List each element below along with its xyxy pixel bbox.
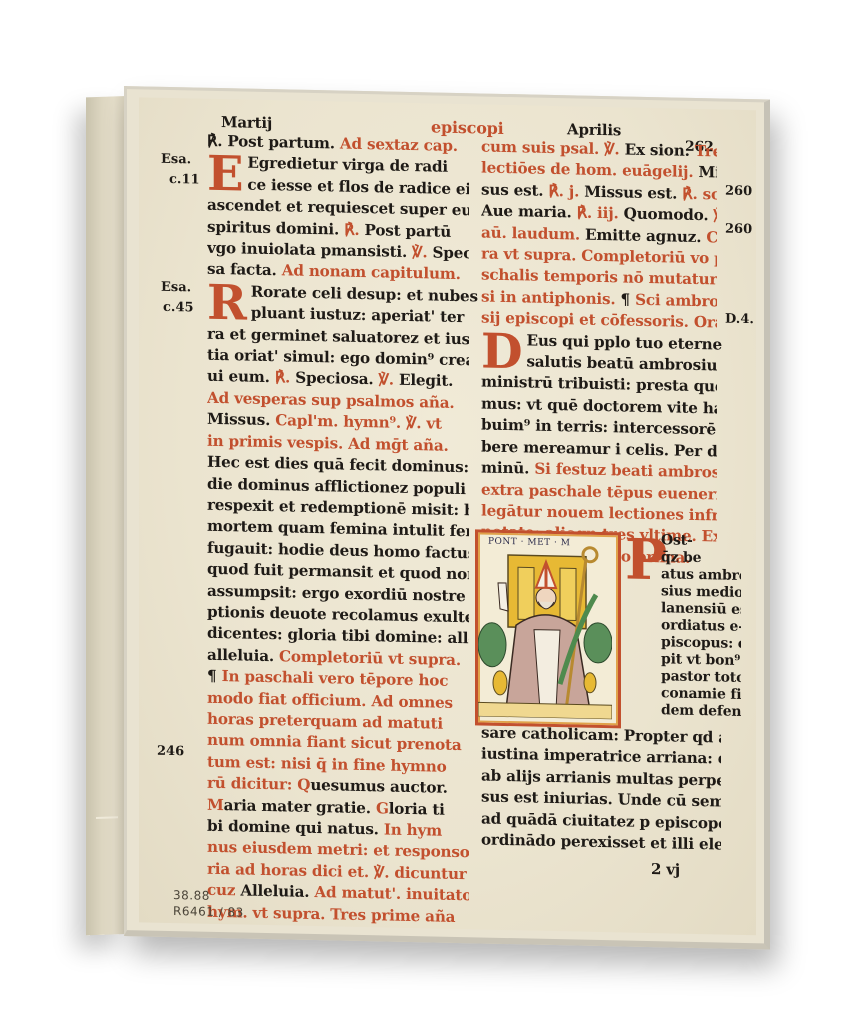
rubric-text: si in antiphonis. (481, 287, 621, 308)
rubric-text: Tres (695, 142, 717, 161)
body-text: ui eum. (207, 367, 275, 386)
rubric-text: horas preterquam ad matuti (207, 710, 443, 733)
body-text: ministrū tribuisti: presta quesu (481, 373, 717, 396)
running-head-right: Aprilis (567, 120, 621, 139)
body-text: ce iesse et flos de radice ei⁹ (247, 175, 469, 198)
body-text: Mis (699, 163, 717, 182)
body-text: vgo inuiolata pmansisti. (207, 239, 412, 261)
text-line: RRorate celi desup: et nubes (207, 281, 469, 308)
body-text: Missus est. (579, 182, 682, 202)
body-text: tia oriat' simul: ego domin⁹ crea (207, 346, 469, 370)
rubric-text: in primis vespis. Ad mḡt aña. (207, 431, 449, 454)
text-line: pit vt bon⁹ (661, 651, 741, 670)
rubric-text: Si festuz beati ambrosij (534, 460, 717, 482)
initial-letter-red: E (207, 154, 243, 195)
running-head-left: Martij (221, 113, 272, 132)
margin-ref-d4: D.4. (725, 312, 754, 328)
rubric-text: Ad matut'. inuitato. (309, 883, 469, 905)
rubric-text: nus eiusdem metri: et responso (207, 838, 469, 862)
rubric-text: G (376, 799, 389, 817)
body-text: Hec est dies quā fecit dominus: Ho (207, 453, 469, 477)
text-line: EEgredietur virga de radi (207, 152, 469, 179)
rubric-text: ℟. j. (548, 182, 579, 201)
woodcut-inscription: PONT · MET · M (488, 537, 570, 549)
body-text: ¶ (207, 667, 222, 685)
rubric-text: hym. vt supra. Tres prime aña (207, 902, 455, 925)
body-text: Speciosa. (290, 369, 378, 389)
text-line: piscopus: ce (661, 634, 741, 653)
body-text: minū. (481, 459, 534, 478)
rubric-text: M (207, 795, 224, 813)
rubric-text: ℣. (714, 207, 717, 225)
text-beside-woodcut: Ost-q̄z beatus ambrosius medio-lanensiū … (661, 532, 741, 721)
body-text: Quomodo. (619, 205, 714, 225)
rubric-text: extra paschale tēpus euenerit: (481, 480, 717, 503)
accession-number-line1: 38.88 (173, 888, 210, 903)
rubric-text: ℟. scdz. (682, 185, 717, 204)
canvas-side-edge (86, 96, 126, 935)
canvas-front-face: Martij episcopi Aprilis 262 Esa. c.11 Es… (124, 86, 770, 950)
text-line: q̄z be (661, 549, 741, 568)
text-line: lanensiū est (661, 600, 741, 619)
body-text: Ex sion. (619, 140, 694, 160)
body-text: Eus qui pplo tuo eterne (526, 331, 722, 353)
margin-ref-260-a: 260 (725, 184, 752, 200)
canvas-print-scene: Martij episcopi Aprilis 262 Esa. c.11 Es… (0, 0, 864, 1024)
body-text: pluant iustuz: aperiat' ter (251, 304, 465, 326)
body-text: mus: vt quē doctorem vite ha (481, 394, 717, 417)
canvas-fold-mark (96, 816, 118, 819)
rubric-text: rū dicitur: Q (207, 774, 310, 794)
left-text-column: ℟. Post partum. Ad sextaz cap.EEgredietu… (207, 131, 469, 929)
body-text: uesumus auctor. (310, 776, 447, 797)
rubric-text: cum suis psal. (481, 137, 604, 158)
body-text: sa facta. (207, 260, 282, 280)
body-text: Aue maria. (481, 202, 577, 222)
rubric-text: ℣. (604, 140, 619, 158)
rubric-text: num omnia fiant sicut prenota (207, 731, 462, 754)
text-line: Ost- (661, 532, 741, 551)
rubric-text: ℟. (344, 220, 359, 238)
body-text: Egredietur virga de radi (247, 154, 448, 176)
text-line: ordiatus e- (661, 617, 741, 636)
body-text: ra et germinet saluatorez et iusti (207, 324, 469, 348)
rubric-text: aū. laudum. (481, 223, 585, 243)
body-text: Rorate celi desup: et nubes (251, 282, 478, 305)
rubric-text: Capl'm. hymn⁹. ℣. vt (275, 411, 442, 432)
rubric-text: ria ad horas dici et. ℣. dicuntur (207, 860, 467, 883)
rubric-text: Ad nonam capitulum. (282, 262, 461, 284)
rubric-text: ℟. (275, 369, 290, 387)
rubric-text: ℟. iij. (577, 204, 619, 223)
body-text: ascendet et requiescet super euz (207, 196, 469, 220)
margin-ref-chapter-2: c.45 (163, 300, 194, 316)
body-text: bere mereamur i celis. Per do (481, 437, 717, 460)
initial-letter-red: R (207, 283, 247, 324)
body-text: spiritus domini. (207, 217, 344, 238)
body-text: Post partū (359, 221, 451, 241)
body-text: ℟. Post partum. (207, 132, 335, 153)
rubric-text: Ad sextaz cap. (335, 134, 458, 155)
text-line: conamie fi- (661, 685, 741, 704)
accession-number-line2: R6461 / 83 (173, 904, 244, 919)
rubric-text: schalis temporis nō mutatur ni (481, 266, 717, 289)
body-text: sus est. (481, 180, 548, 199)
margin-ref-260-b: 260 (725, 222, 752, 238)
text-line: DEus qui pplo tuo eterne (481, 329, 717, 355)
right-text-column: cum suis psal. ℣. Ex sion. Treslectiōes … (481, 136, 717, 569)
text-line: sius medio- (661, 583, 741, 602)
body-text: aria mater gratie. (224, 796, 376, 817)
rubric-text: Completoriū vt supra. (279, 647, 461, 669)
rubric-text: ra vt supra. Completoriū vo pa (481, 245, 717, 268)
rubric-text: In hym (384, 820, 442, 839)
woodcut-saint-ambrose: PONT · MET · M (475, 529, 621, 728)
signature-mark: 2 vj (651, 860, 680, 879)
rubric-text: legātur nouem lectiones infra (481, 501, 717, 524)
text-line: ordinādo perexisset et illi electōi (481, 830, 721, 856)
text-line: hym. vt supra. Tres prime aña (207, 901, 469, 928)
text-after-woodcut: sare catholicam: Propter qd aiustina imp… (481, 722, 721, 855)
body-text: Specio (427, 243, 469, 262)
body-text: buim⁹ in terris: intercessorē ha (481, 416, 717, 439)
margin-ref-page-246: 246 (157, 744, 184, 760)
body-text: alleluia. (207, 645, 279, 665)
body-text: loria ti (389, 799, 445, 818)
rubric-text: modo fiat officium. Ad omnes (207, 688, 453, 711)
rubric-text: Cete (706, 228, 717, 247)
body-text: Elegit. (394, 371, 453, 390)
text-line: atus ambro (661, 566, 741, 585)
initial-letter-red: D (481, 331, 522, 372)
body-text: bi domine qui natus. (207, 817, 384, 839)
margin-ref-esa-1: Esa. (161, 152, 191, 168)
rubric-text: ℣. (379, 371, 394, 389)
rubric-text: Sci ambro (635, 291, 717, 311)
margin-ref-esa-2: Esa. (161, 280, 191, 296)
rubric-text: Ad vesperas sup psalmos aña. (207, 389, 454, 412)
rubric-text: ℣. (412, 243, 427, 261)
manuscript-page: Martij episcopi Aprilis 262 Esa. c.11 Es… (139, 97, 756, 935)
rubric-text: lectiōes de hom. euāgelij. (481, 159, 699, 182)
rubric-text: sij episcopi et cōfessoris. Oratio. (481, 309, 717, 333)
margin-ref-chapter-1: c.11 (169, 172, 200, 188)
rubric-text: In paschali vero tēpore hoc (222, 667, 449, 690)
body-text: salutis beatū ambrosiuz (526, 352, 717, 374)
rubric-text: cuz (207, 881, 240, 900)
body-text: Emitte agnuz. (585, 225, 706, 246)
body-text: ¶ (621, 290, 636, 308)
body-text: Alleluia. (240, 882, 309, 901)
rubric-text: tum est: nisi q̄ in fine hymno (207, 753, 447, 776)
body-text: Missus. (207, 410, 275, 429)
text-line: pastor toto (661, 668, 741, 687)
woodcut-illustration (478, 532, 612, 719)
text-line: dem defen- (661, 702, 741, 721)
